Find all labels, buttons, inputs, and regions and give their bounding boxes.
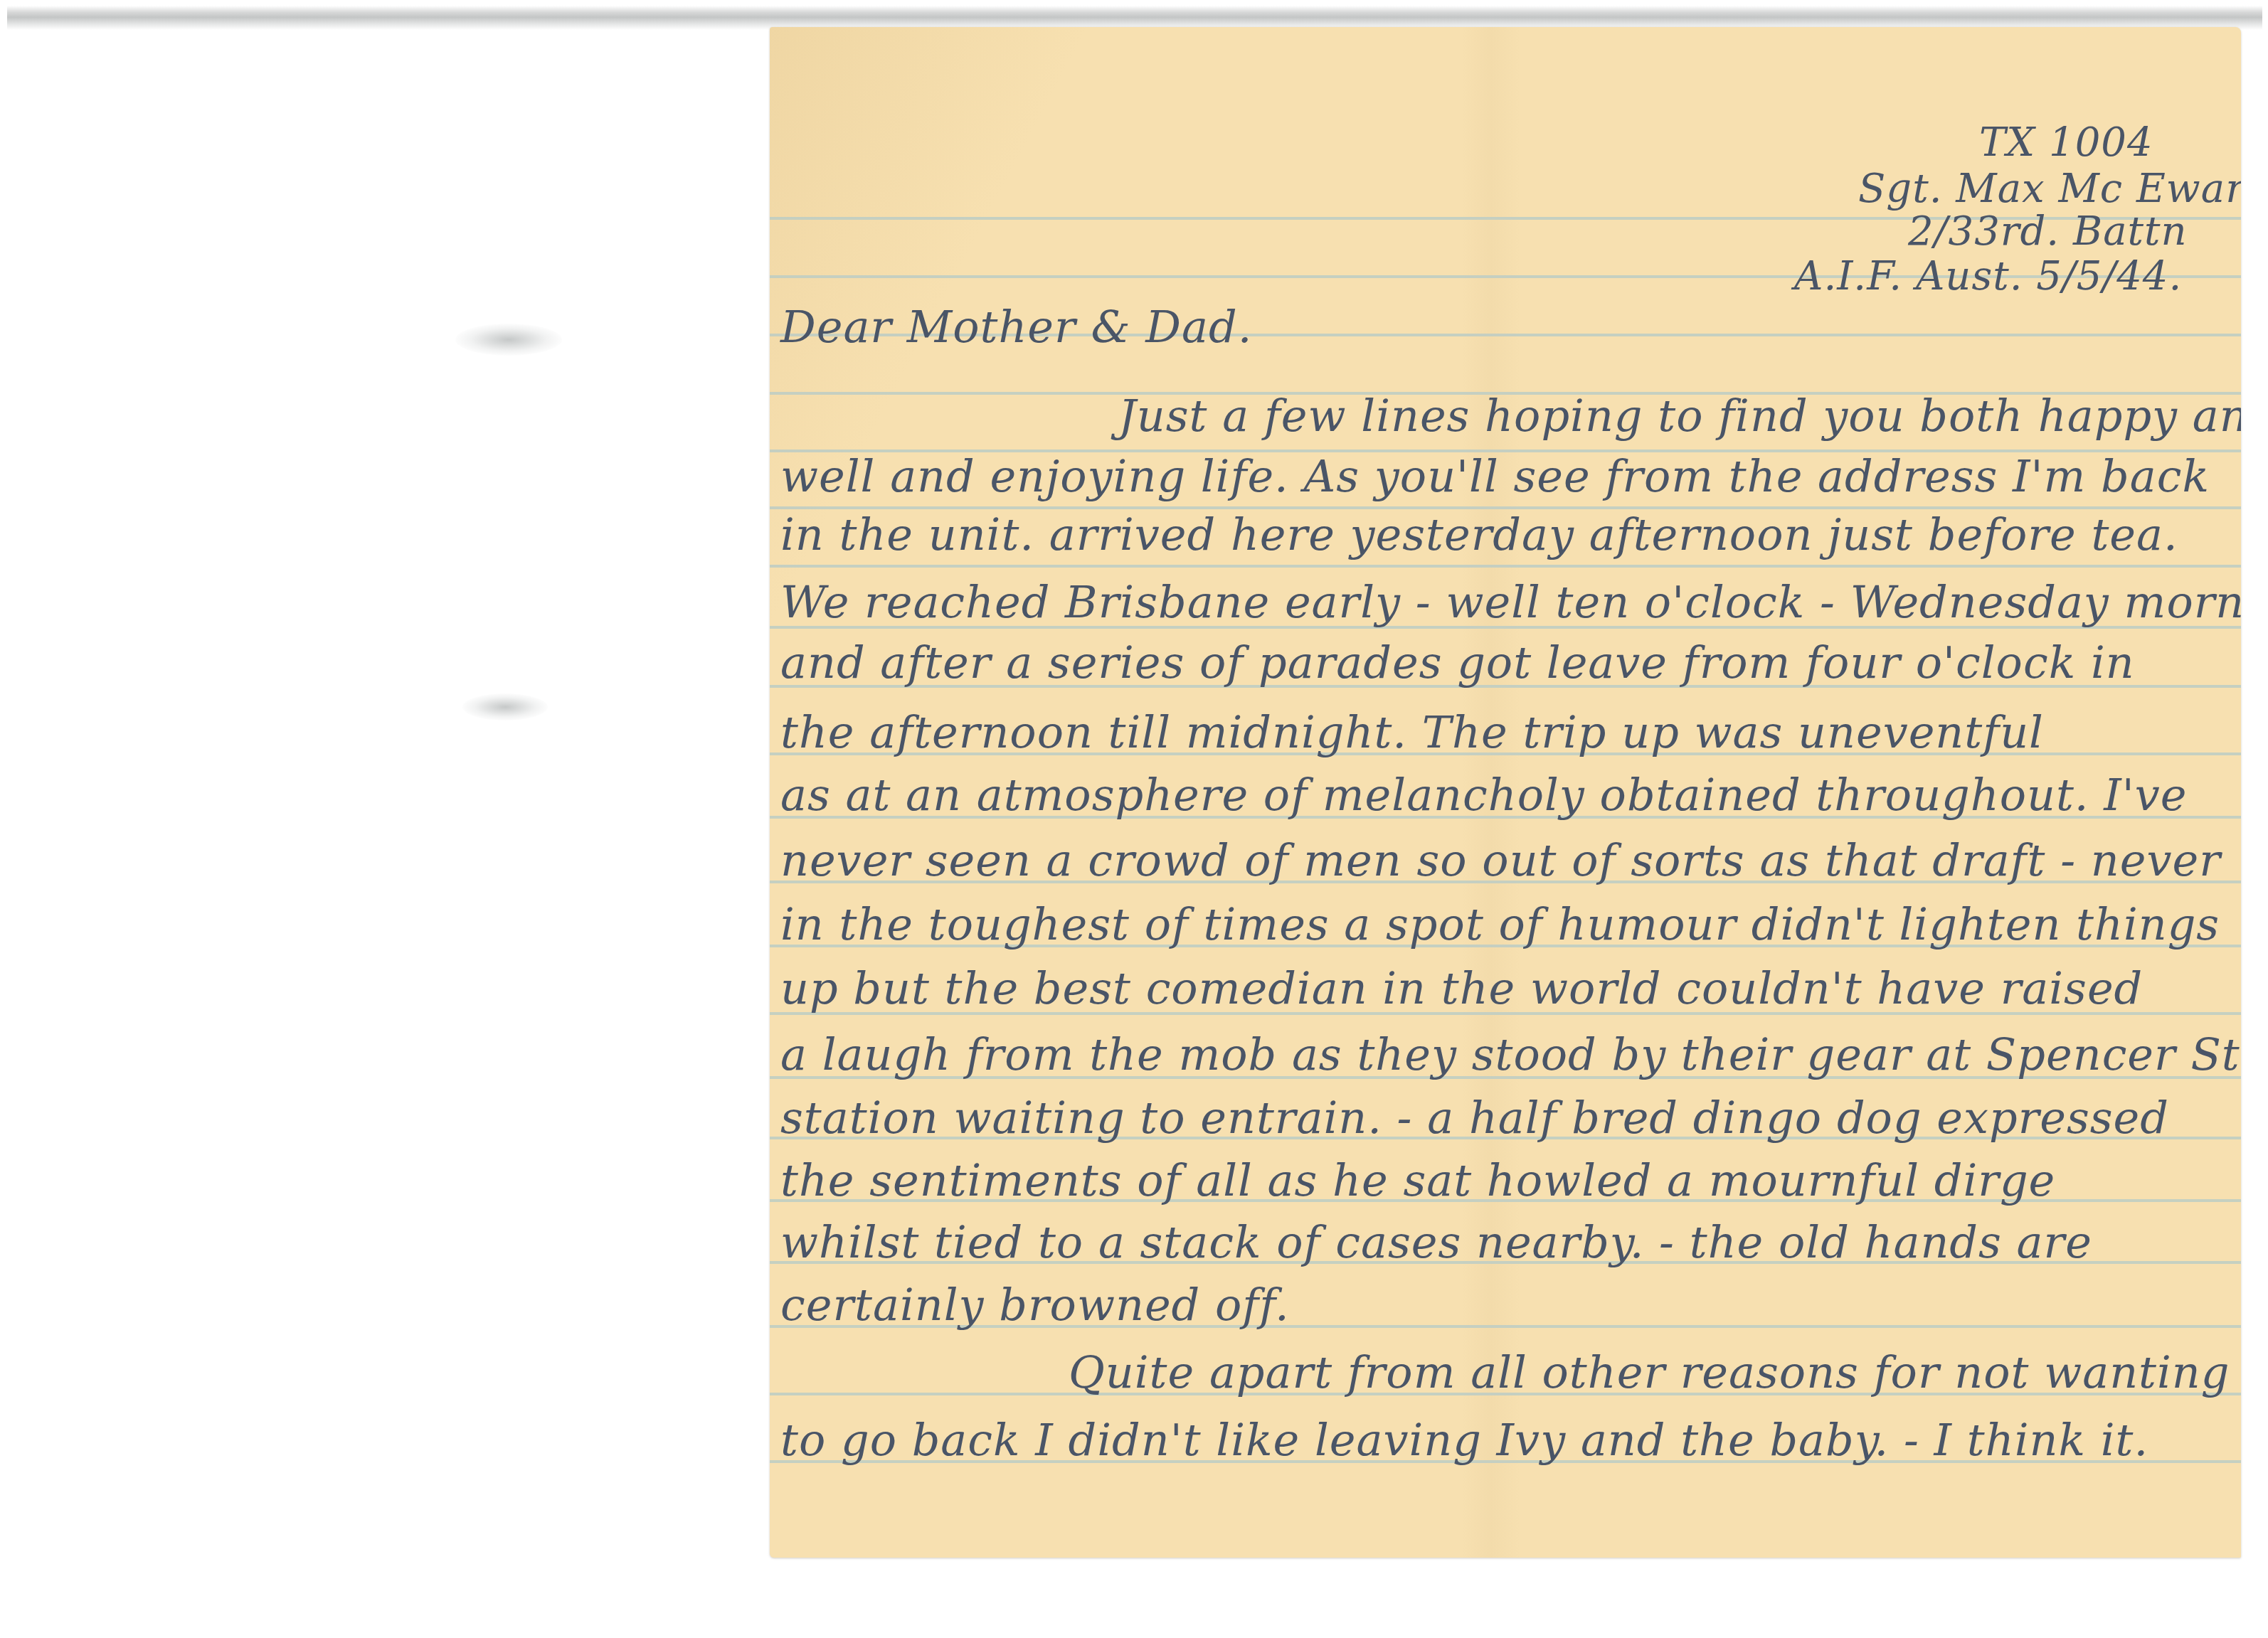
body-line: in the unit. arrived here yesterday afte…	[780, 509, 2178, 560]
body-line: whilst tied to a stack of cases nearby. …	[780, 1216, 2092, 1268]
body-line: the afternoon till midnight. The trip up…	[780, 706, 2044, 758]
address-force-and-date: A.I.F. Aust. 5/5/44.	[1794, 253, 2182, 299]
body-line: the sentiments of all as he sat howled a…	[780, 1154, 2055, 1206]
letter-paper: TX 1004 Sgt. Max Mc Ewan 2/33rd. Battn A…	[770, 27, 2241, 1558]
body-line: in the toughest of times a spot of humou…	[780, 898, 2220, 950]
body-line: We reached Brisbane early - well ten o'c…	[780, 576, 2241, 628]
salutation: Dear Mother & Dad.	[780, 301, 1252, 353]
body-line: and after a series of parades got leave …	[780, 637, 2135, 688]
body-line: never seen a crowd of men so out of sort…	[780, 834, 2221, 886]
scan-smudge-upper	[455, 324, 562, 356]
body-line: Quite apart from all other reasons for n…	[1069, 1346, 2230, 1398]
scan-smudge-lower	[462, 693, 548, 720]
body-line: station waiting to entrain. - a half bre…	[780, 1092, 2169, 1144]
body-line: well and enjoying life. As you'll see fr…	[780, 450, 2210, 502]
address-battalion: 2/33rd. Battn	[1908, 208, 2188, 255]
body-line: up but the best comedian in the world co…	[780, 962, 2143, 1014]
body-line: as at an atmosphere of melancholy obtain…	[780, 769, 2188, 821]
rule-line	[770, 565, 2241, 568]
address-name: Sgt. Max Mc Ewan	[1858, 166, 2241, 212]
address-service-number: TX 1004	[1979, 119, 2153, 166]
body-line: to go back I didn't like leaving Ivy and…	[780, 1414, 2148, 1466]
body-line: certainly browned off.	[780, 1279, 1290, 1331]
body-line: a laugh from the mob as they stood by th…	[780, 1028, 2241, 1080]
scanner-shadow-band	[7, 6, 2262, 30]
body-line: Just a few lines hoping to find you both…	[1118, 390, 2241, 442]
